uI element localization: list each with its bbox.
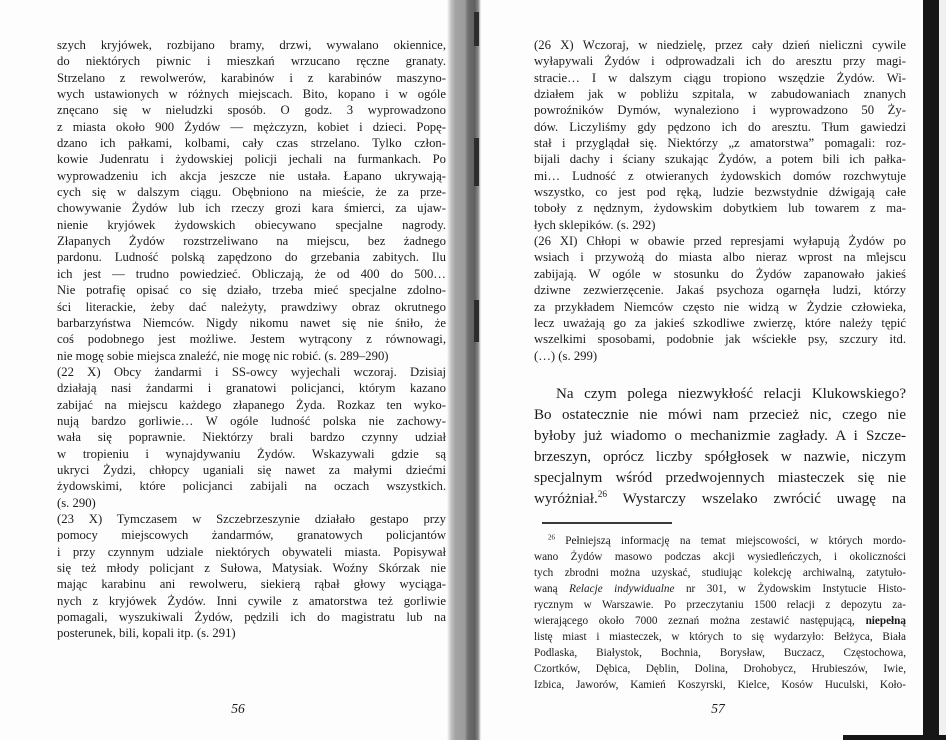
- text-line: stał i przyglądał się. Niektórzy „z amat…: [534, 135, 906, 151]
- text-line: ich jest — trudno powiedzieć. Obliczają,…: [57, 266, 446, 282]
- text-line: waną Relacje indywidualne nr 301, w Żydo…: [534, 581, 906, 597]
- text-line: za przykładem Niemców często nie widzą w…: [534, 299, 906, 315]
- text-line: się też młody policjant z Sułowa, Matysi…: [57, 560, 446, 576]
- text-line: dów. Liczyliśmy gdy pędzono ich do aresz…: [534, 119, 906, 135]
- text-line: pomocy miejscowych żandarmów, granatowyc…: [57, 527, 446, 543]
- text-line: ukryci Żydzi, chłopcy uganiali się nawet…: [57, 462, 446, 478]
- footnote-text: 26 Pełniejszą informację na temat miejsc…: [534, 533, 906, 693]
- gutter-shadow-streak: [474, 12, 479, 46]
- text-line: (23 X) Tymczasem w Szczebrzeszynie dział…: [57, 511, 446, 527]
- text-line: posterunek, bili, kopali itp. (s. 291): [57, 625, 446, 641]
- text-line: nienie kryjówek żydowskich obiecywano sp…: [57, 217, 446, 233]
- text-line: bijali dachy i ściany szukając Żydów, a …: [534, 151, 906, 167]
- page-number-right: 57: [698, 701, 738, 717]
- text-line: Bo ostatecznie nie mówi nam przecież nic…: [534, 405, 906, 426]
- text-line: do niektórych piwnic i mieszkań wrzucano…: [57, 53, 446, 69]
- text-line: cych się w dalszym ciągu. Obębniono na m…: [57, 184, 446, 200]
- text-line: z miasta około 900 Żydów — mężczyzn, kob…: [57, 119, 446, 135]
- text-line: szych kryjówek, rozbijano bramy, drzwi, …: [57, 37, 446, 53]
- text-line: stracie… I w dalszym ciągu tropiono wszę…: [534, 70, 906, 86]
- right-page-text: (26 X) Wczoraj, w niedzielę, przez cały …: [534, 37, 906, 693]
- text-line: działem jak w pobliżu szpitala, w zabudo…: [534, 86, 906, 102]
- text-line: nych z kryjówek Żydów. Inni cywile z ama…: [57, 593, 446, 609]
- text-line: powroźników Dymów, wynaleziono i wyprowa…: [534, 102, 906, 118]
- text-line: specjalnym wśród przedwojennych miastecz…: [534, 468, 906, 489]
- text-line: Czortków, Dębica, Dęblin, Dolina, Drohob…: [534, 661, 906, 677]
- scan-edge-band-right: [923, 0, 939, 740]
- page-number-left: 56: [218, 701, 258, 717]
- text-line: Złapanych Żydów rozstrzeliwano na miejsc…: [57, 233, 446, 249]
- text-line: wyprowadzeniu ich akcja jeszcze nie usta…: [57, 168, 446, 184]
- gutter-shadow: [447, 0, 481, 740]
- text-line: kowie Judenratu i żydowskiej policji jec…: [57, 151, 446, 167]
- text-line: (26 X) Wczoraj, w niedzielę, przez cały …: [534, 37, 906, 53]
- text-line: nują bardzo gorliwie… W ogóle ludność po…: [57, 413, 446, 429]
- text-line: tych zbrodni można uzyskać, studiując ko…: [534, 565, 906, 581]
- text-line: zabijają. W ogóle w stosunku do Żydów za…: [534, 266, 906, 282]
- text-line: wyróżniał.26 Wystarczy wszelako zwrócić …: [534, 489, 906, 510]
- text-line: Izbica, Jaworów, Kamień Koszyrski, Kielc…: [534, 677, 906, 693]
- left-page-text: szych kryjówek, rozbijano bramy, drzwi, …: [57, 37, 446, 642]
- text-line: pomagali, wyszukiwali Żydów, pędzili ich…: [57, 609, 446, 625]
- text-line: wyłapywali Żydów i odprowadzali ich do a…: [534, 53, 906, 69]
- text-line: barbarzyństwa Niemców. Nigdy nikomu nawe…: [57, 315, 446, 331]
- text-line: wsiach i przywożą do miasta albo nieraz …: [534, 249, 906, 265]
- scan-edge-bar-bottom: [843, 735, 946, 740]
- text-line: (s. 290): [57, 495, 446, 511]
- text-line: żydowskimi, które policjanci zabijali na…: [57, 478, 446, 494]
- text-line: pardonu. Ludność polską zapędzono do grz…: [57, 249, 446, 265]
- text-line: brzeszyn, oprócz liczby spółgłosek w naz…: [534, 447, 906, 468]
- text-line: ści literackie, żeby dać należyty, prawd…: [57, 299, 446, 315]
- text-line: wała się poprawnie. Niektórzy brali bard…: [57, 429, 446, 445]
- text-line: lecz uważają go za jakieś szkodliwe zwie…: [534, 315, 906, 331]
- scan-edge-margin-right: [939, 0, 946, 740]
- text-line: mi… Ludność z otwieranych żydowskich dom…: [534, 168, 906, 184]
- book-scan-spread: szych kryjówek, rozbijano bramy, drzwi, …: [0, 0, 946, 740]
- right-page-diary-text: (26 X) Wczoraj, w niedzielę, przez cały …: [534, 37, 906, 364]
- text-line: dziwne zezwierzęcenie. Jakaś psychoza og…: [534, 282, 906, 298]
- text-line: Podlaska, Białystok, Bochnia, Borysław, …: [534, 645, 906, 661]
- text-line: (26 XI) Chłopi w obawie przed represjami…: [534, 233, 906, 249]
- text-line: Na czym polega niezwykłość relacji Kluko…: [534, 384, 906, 405]
- text-line: byłoby już wiadomo o mechanizmie zagłady…: [534, 426, 906, 447]
- text-line: mając karabinu ani rewolweru, siekierą r…: [57, 576, 446, 592]
- text-line: (22 X) Obcy żandarmi i SS-owcy wyjechali…: [57, 364, 446, 380]
- text-line: Nie potrafię opisać co się działo, trzeb…: [57, 282, 446, 298]
- text-line: coś podobnego jest możliwe. Jestem wytrą…: [57, 331, 446, 347]
- gutter-shadow-streak: [474, 138, 479, 186]
- text-line: wszelkimi sposobami, podobnie jak wściek…: [534, 331, 906, 347]
- text-line: chowywanie Żydów lub ich rzeczy grozi ka…: [57, 200, 446, 216]
- text-line: rycznym w Warszawie. Po przeczytaniu 150…: [534, 597, 906, 613]
- text-line: zabijać na miejscu każdego złapanego Żyd…: [57, 397, 446, 413]
- text-line: wszystko, co jest pod ręką, ludzie bezws…: [534, 184, 906, 200]
- text-line: działają nasi żandarmi i granatowi polic…: [57, 380, 446, 396]
- text-line: nie mogę sobie miejsca znaleźć, nie mogę…: [57, 348, 446, 364]
- text-line: wych ustawionych w różnych miejscach. Bi…: [57, 86, 446, 102]
- text-line: i przy czynnym udziale niektórych obywat…: [57, 544, 446, 560]
- text-line: dzano ich pałkami, kolbami, cały czas st…: [57, 135, 446, 151]
- footnote-rule: [542, 522, 672, 524]
- commentary-paragraph: Na czym polega niezwykłość relacji Kluko…: [534, 384, 906, 510]
- text-line: (…) (s. 299): [534, 348, 906, 364]
- text-line: listę miast i miasteczek, w których to s…: [534, 629, 906, 645]
- text-line: wierającego około 7000 zeznań można zest…: [534, 613, 906, 629]
- text-line: 26 Pełniejszą informację na temat miejsc…: [534, 533, 906, 549]
- scan-speck: [876, 252, 879, 255]
- text-line: toboły z nędznym, żydowskim dobytkiem lu…: [534, 200, 906, 216]
- text-line: wano Żydów masowo podczas akcji wysiedle…: [534, 549, 906, 565]
- text-line: znęcano się w nieludzki sposób. O godz. …: [57, 102, 446, 118]
- text-line: w tropieniu i wynajdywaniu Żydów. Wskazy…: [57, 446, 446, 462]
- text-line: łych sklepików. (s. 292): [534, 217, 906, 233]
- text-line: Strzelano z rewolwerów, karabinów i z ka…: [57, 70, 446, 86]
- gutter-shadow-streak: [474, 300, 479, 342]
